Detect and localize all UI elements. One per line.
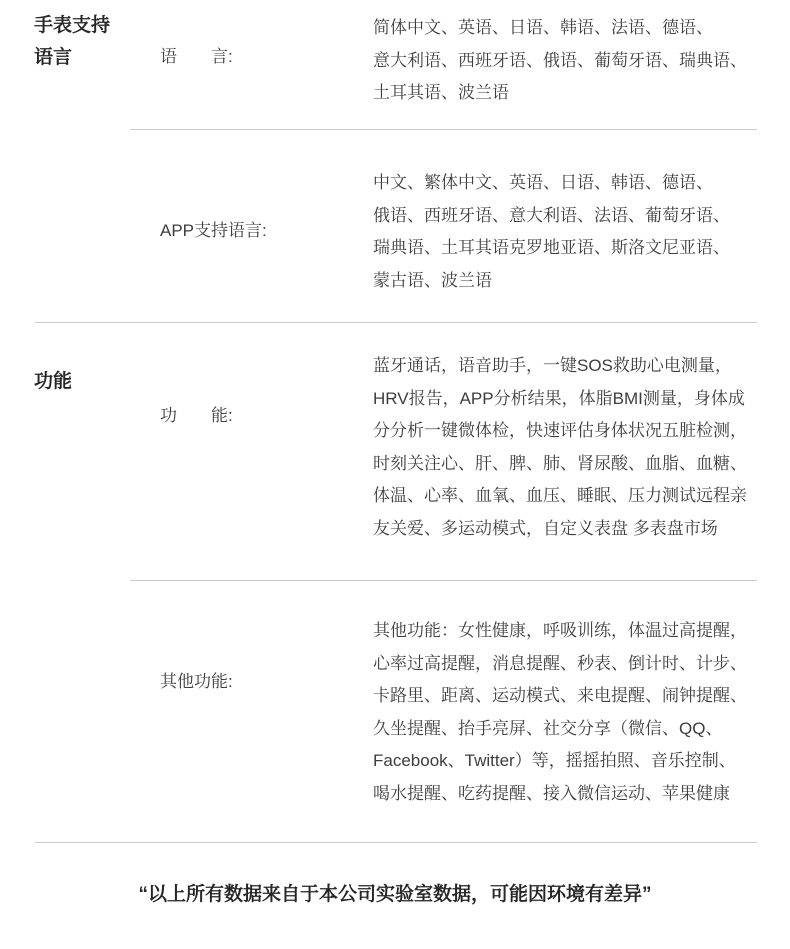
spec-value-app-languages: 中文、繁体中文、英语、日语、韩语、德语、 俄语、西班牙语、意大利语、法语、葡萄牙… (373, 167, 773, 297)
spec-label-other-functions: 其他功能: (160, 673, 233, 690)
spec-label-app-languages: APP支持语言: (160, 222, 267, 239)
row-divider (130, 129, 757, 130)
section-title-watch-languages: 手表支持语言 (34, 10, 120, 74)
spec-label-language: 语 言: (160, 48, 233, 65)
section-divider (35, 322, 757, 323)
footer-divider (35, 842, 757, 843)
section-title-functions: 功能 (34, 366, 154, 398)
spec-label-function: 功 能: (160, 407, 233, 424)
spec-value-other-functions: 其他功能：女性健康，呼吸训练，体温过高提醒， 心率过高提醒，消息提醒、秒表、倒计… (373, 615, 773, 810)
spec-value-function: 蓝牙通话，语音助手，一键SOS救助心电测量， HRV报告，APP分析结果，体脂B… (373, 350, 773, 545)
spec-value-language: 简体中文、英语、日语、韩语、法语、德语、 意大利语、西班牙语、俄语、葡萄牙语、瑞… (373, 12, 773, 110)
row-divider (130, 580, 757, 581)
lab-data-disclaimer: “以上所有数据来自于本公司实验室数据，可能因环境有差异” (0, 882, 790, 908)
product-spec-page: 手表支持语言 语 言: 简体中文、英语、日语、韩语、法语、德语、 意大利语、西班… (0, 0, 790, 949)
